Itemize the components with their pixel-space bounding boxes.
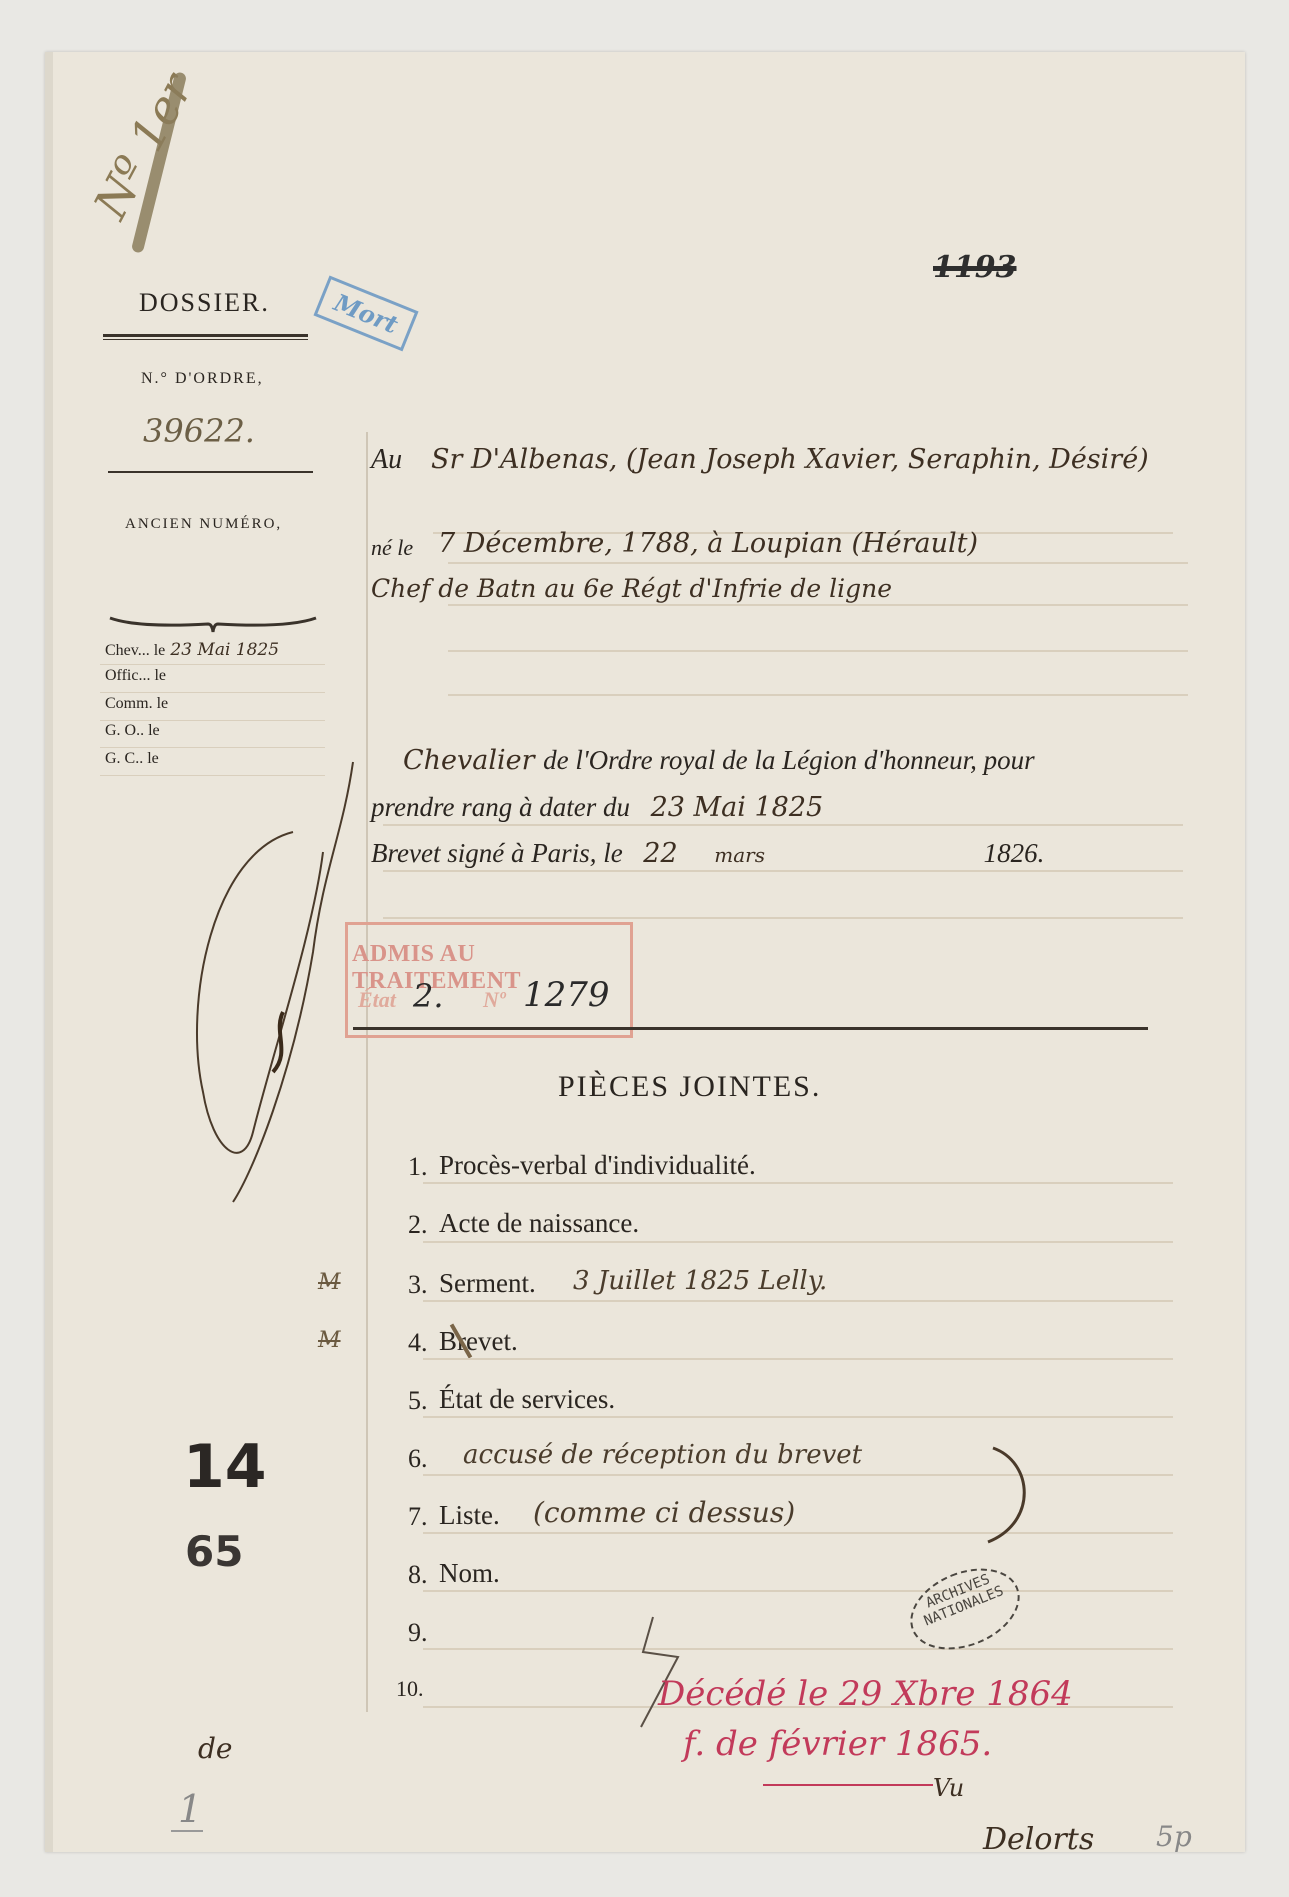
admis-au-traitement-stamp: ADMIS AU TRAITEMENT État 2. Nº 1279 <box>345 922 633 1038</box>
z-stroke <box>633 1612 693 1732</box>
rank-row: Chev... le 23 Mai 1825 <box>105 640 279 660</box>
stamp-etat-value: 2. <box>413 977 444 1015</box>
order-label: N.° D'ORDRE, <box>141 370 264 388</box>
item-check-mark: M <box>318 1270 341 1295</box>
box-number-top: 14 <box>183 1432 267 1502</box>
vu-mark: Vu <box>933 1774 964 1802</box>
item-number: 8. <box>408 1560 428 1590</box>
recipient-prefix: Au <box>371 444 402 476</box>
page-mark: 5p <box>1156 1820 1192 1853</box>
order-number: 39622. <box>143 412 255 450</box>
rank-line: Chef de Batn au 6e Régt d'Infrie de lign… <box>371 574 892 603</box>
former-number-label: ANCIEN NUMÉRO, <box>125 516 282 533</box>
rank-row: G. C.. le <box>105 750 159 768</box>
dossier-double-rule <box>103 334 308 337</box>
item-label: Acte de naissance. <box>439 1208 639 1239</box>
item-label: Serment. <box>439 1268 536 1299</box>
mort-stamp: Mort <box>313 276 418 352</box>
item-note: accusé de réception du brevet <box>463 1440 862 1470</box>
award-line-2: prendre rang à dater du 23 Mai 1825 <box>371 792 823 823</box>
item-number: 3. <box>408 1270 428 1300</box>
brace-ornament <box>108 612 318 636</box>
section-divider <box>353 1027 1148 1030</box>
item-label: Brevet. <box>439 1326 518 1357</box>
stamp-no-value: 1279 <box>523 975 610 1015</box>
crossed-number: 1193 <box>933 250 1017 285</box>
item-number: 2. <box>408 1210 428 1240</box>
rank-row: G. O.. le <box>105 722 160 740</box>
order-rule <box>108 471 313 473</box>
item-note: 3 Juillet 1825 Lelly. <box>573 1266 827 1296</box>
recipient-name: Sr D'Albenas, (Jean Joseph Xavier, Serap… <box>431 444 1149 475</box>
signature: Delorts <box>983 1822 1094 1857</box>
stamp-etat-label: État <box>358 987 396 1013</box>
award-line-3: Brevet signé à Paris, le 22 mars 1826. <box>371 838 1044 869</box>
item-number: 7. <box>408 1502 428 1532</box>
item-number: 1. <box>408 1152 428 1182</box>
item-label: Liste. <box>439 1500 500 1531</box>
item-number: 10. <box>396 1676 424 1702</box>
item-label: État de services. <box>439 1384 615 1415</box>
red-underline <box>763 1784 933 1786</box>
death-note-line-2: f. de février 1865. <box>683 1724 992 1764</box>
item-label: Nom. <box>439 1558 500 1589</box>
rank-row: Comm. le <box>105 695 168 713</box>
birth-details: 7 Décembre, 1788, à Loupian (Hérault) <box>438 528 978 559</box>
item-number: 5. <box>408 1386 428 1416</box>
dossier-title: DOSSIER. <box>139 288 270 318</box>
item-label: Procès-verbal d'individualité. <box>439 1150 756 1181</box>
item-note: (comme ci dessus) <box>533 1496 795 1529</box>
item-number: 4. <box>408 1328 428 1358</box>
box-number-bottom: 65 <box>185 1527 243 1576</box>
item-number: 6. <box>408 1444 428 1474</box>
item-check-mark: M <box>318 1328 341 1353</box>
rank-row: Offic... le <box>105 667 166 685</box>
stamp-no-label: Nº <box>483 987 505 1013</box>
bottom-mark-de: de <box>198 1732 233 1765</box>
margin-rule <box>366 432 368 1712</box>
document-page: Nº 1er DOSSIER. N.° D'ORDRE, 39622. ANCI… <box>45 52 1245 1852</box>
item-number: 9. <box>408 1618 428 1648</box>
bracket-mark <box>983 1442 1043 1552</box>
birth-label: né le <box>371 535 413 561</box>
award-line-1: Chevalier de l'Ordre royal de la Légion … <box>403 745 1035 776</box>
bottom-mark-1: 1 <box>178 1787 202 1831</box>
pieces-jointes-title: PIÈCES JOINTES. <box>558 1070 821 1104</box>
paraph-scribble <box>173 752 373 1212</box>
death-note-line-1: Décédé le 29 Xbre 1864 <box>658 1674 1073 1714</box>
